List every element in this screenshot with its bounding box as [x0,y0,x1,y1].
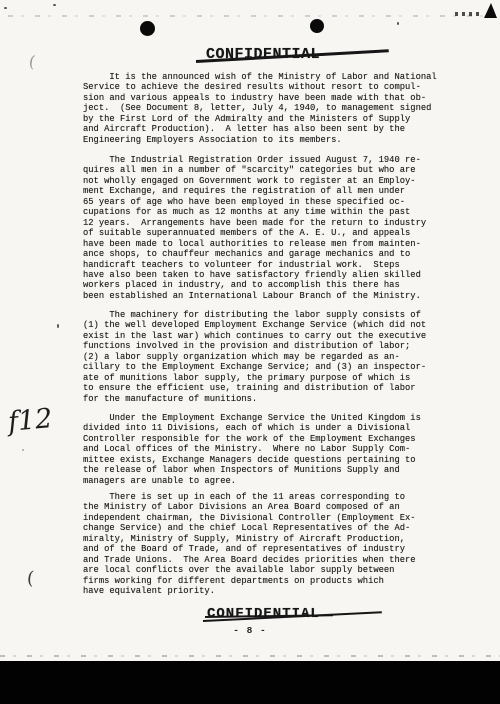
paragraph-4: Under the Employment Exchange Service th… [83,413,445,486]
corner-speck-dots [455,12,481,16]
margin-note-handwritten: f12 [7,403,54,438]
scan-speck [57,324,59,328]
paragraph-2: The Industrial Registration Order issued… [83,155,445,301]
scan-speck [397,22,399,25]
margin-paren-mark-bottom: ( [26,568,35,590]
scan-noise-line-top [8,15,494,17]
paragraph-3: The machinery for distributing the labor… [83,310,445,404]
scan-speck [53,4,56,6]
scan-noise-line-bottom [0,655,500,657]
margin-paren-mark-top: ( [28,52,37,72]
scan-speck [4,7,7,9]
paragraph-5: There is set up in each of the 11 areas … [83,492,445,597]
hole-punch-left [140,21,155,36]
scan-speck [22,449,24,451]
hole-punch-right [310,19,324,33]
corner-tear-mark [484,3,497,18]
scanned-document-page: CONFIDENTIAL ( It is the announced wish … [0,0,500,704]
paragraph-1: It is the announced wish of the Ministry… [83,72,445,145]
scan-black-strip [0,661,500,704]
page-number: - 8 - [200,625,300,636]
